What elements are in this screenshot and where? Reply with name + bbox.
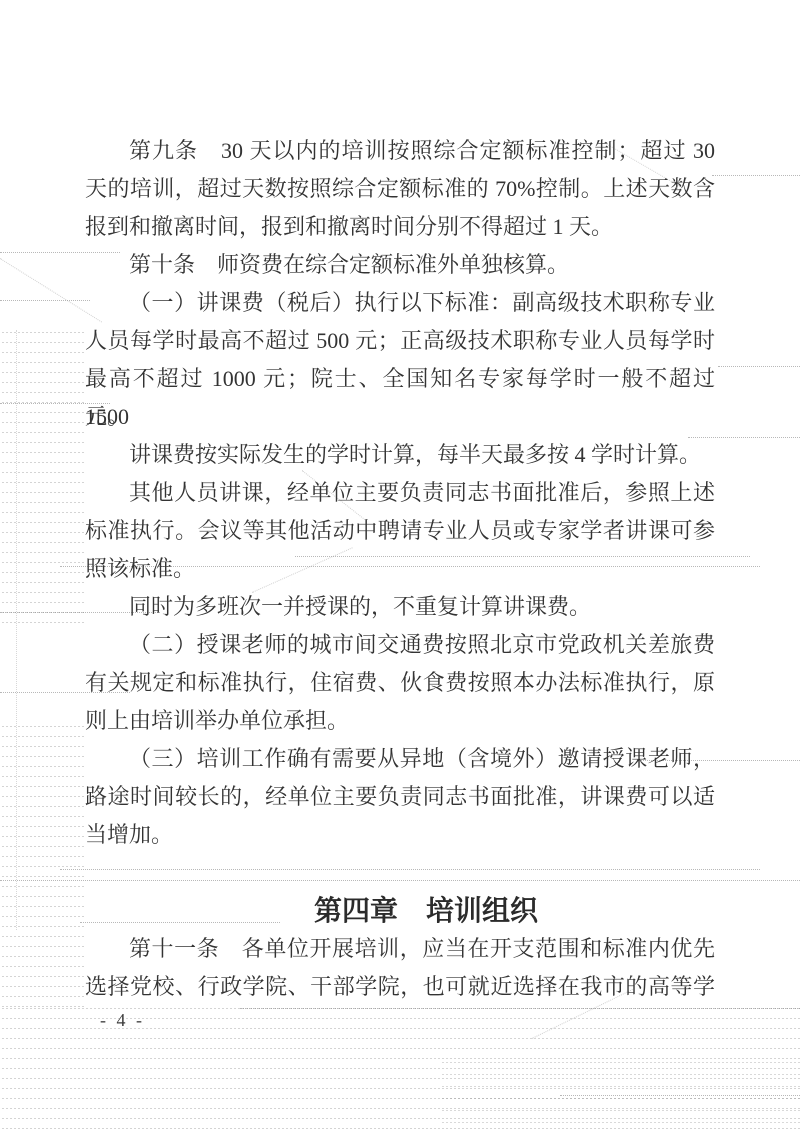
text-line: 最高不超过 1000 元；院士、全国知名专家每学时一般不超过 1500 [85, 360, 715, 398]
text-line: 第十一条 各单位开展培训，应当在开支范围和标准内优先 [85, 930, 715, 968]
scan-artifact-vertical [16, 330, 17, 930]
scan-artifact-band [0, 726, 86, 1008]
scan-artifact-line [712, 175, 800, 176]
scan-artifact-line [718, 366, 800, 367]
text-line: （二）授课老师的城市间交通费按照北京市党政机关差旅费 [85, 626, 715, 664]
text-line: （一）讲课费（税后）执行以下标准：副高级技术职称专业 [85, 284, 715, 322]
text-line: 第九条 30 天以内的培训按照综合定额标准控制；超过 30 [85, 132, 715, 170]
text-line: 元。 [85, 398, 715, 436]
text-line: 天的培训，超过天数按照综合定额标准的 70%控制。上述天数含 [85, 170, 715, 208]
scan-artifact-line [0, 300, 90, 301]
page-number: - 4 - [100, 1010, 145, 1031]
scan-artifact-line [560, 1095, 800, 1096]
text-line: 标准执行。会议等其他活动中聘请专业人员或专家学者讲课可参 [85, 512, 715, 550]
text-line: （三）培训工作确有需要从异地（含境外）邀请授课老师， [85, 740, 715, 778]
text-line: 讲课费按实际发生的学时计算，每半天最多按 4 学时计算。 [85, 436, 715, 474]
text-line: 当增加。 [85, 816, 715, 854]
text-line: 选择党校、行政学院、干部学院，也可就近选择在我市的高等学 [85, 968, 715, 1006]
scan-artifact-band [440, 1062, 800, 1131]
line-spacer [85, 854, 715, 892]
text-line: 同时为多班次一并授课的，不重复计算讲课费。 [85, 588, 715, 626]
text-line: 则上由培训举办单位承担。 [85, 702, 715, 740]
document-body: 第九条 30 天以内的培训按照综合定额标准控制；超过 30天的培训，超过天数按照… [85, 132, 715, 1006]
text-line: 报到和撤离时间，报到和撤离时间分别不得超过 1 天。 [85, 208, 715, 246]
scanned-document-page: 第九条 30 天以内的培训按照综合定额标准控制；超过 30天的培训，超过天数按照… [0, 0, 800, 1131]
text-line: 照该标准。 [85, 550, 715, 588]
chapter-heading: 第四章 培训组织 [111, 892, 741, 930]
scan-artifact-line [240, 1008, 800, 1009]
text-line: 其他人员讲课，经单位主要负责同志书面批准后，参照上述 [85, 474, 715, 512]
text-line: 人员每学时最高不超过 500 元；正高级技术职称专业人员每学时 [85, 322, 715, 360]
text-line: 路途时间较长的，经单位主要负责同志书面批准，讲课费可以适 [85, 778, 715, 816]
text-line: 有关规定和标准执行，住宿费、伙食费按照本办法标准执行，原 [85, 664, 715, 702]
scan-artifact-band [0, 332, 86, 632]
text-line: 第十条 师资费在综合定额标准外单独核算。 [85, 246, 715, 284]
